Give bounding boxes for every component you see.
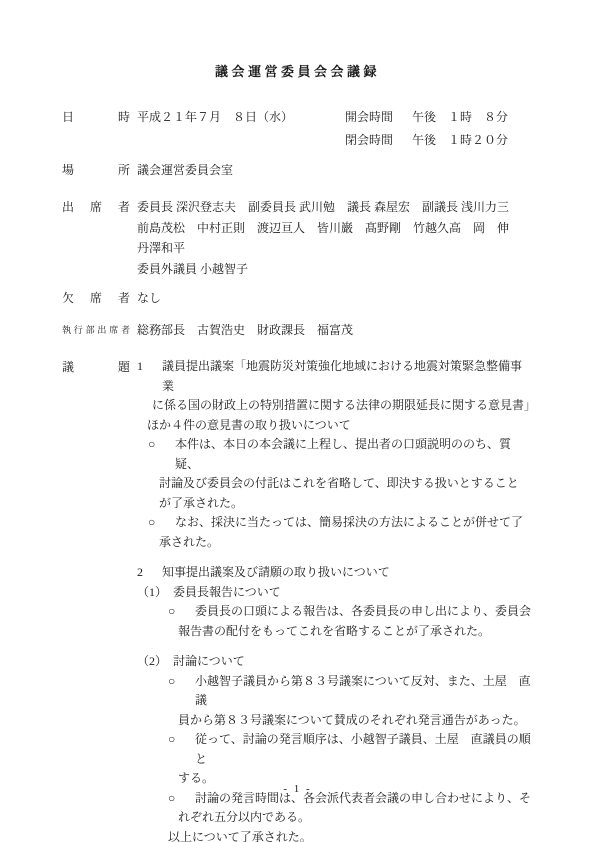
attendee-line: 委員外議員 小越智子	[137, 259, 533, 280]
session-times: 開会時間 午後 １時 ８分 閉会時間 午後 １時２０分	[345, 107, 508, 150]
meta-row-executive: 執行部出席者 総務部長 古賀浩史 財政課長 福富茂	[62, 320, 533, 340]
attendee-line: 委員長 深沢登志夫 副委員長 武川勉 議長 森屋宏 副議長 浅川力三	[137, 197, 533, 218]
close-time-row: 閉会時間 午後 １時２０分	[345, 130, 508, 150]
date-content: 平成２１年７月 ８日（水） 開会時間 午後 １時 ８分 閉会時間 午後 １時２０…	[137, 107, 533, 150]
attendees-lines: 委員長 深沢登志夫 副委員長 武川勉 議長 森屋宏 副議長 浅川力三 前島茂松 …	[137, 197, 533, 279]
agenda-line-text: 承された。	[159, 533, 219, 553]
open-time-row: 開会時間 午後 １時 ８分	[345, 107, 508, 127]
absent-value: なし	[137, 288, 533, 308]
agenda-line-text: 委員長の口頭による報告は、各委員長の申し出により、委員会	[195, 602, 531, 622]
agenda-line: ○ 本件は、本日の本会議に上程し、提出者の口頭説明ののち、質疑、	[137, 435, 533, 474]
meta-row-attendees: 出席者 委員長 深沢登志夫 副委員長 武川勉 議長 森屋宏 副議長 浅川力三 前…	[62, 197, 533, 279]
attendee-line: 丹澤和平	[137, 238, 533, 259]
agenda-line-text: に係る国の財政上の特別措置に関する法律の期限延長に関する意見書」	[152, 396, 533, 416]
close-time-label: 閉会時間	[345, 130, 393, 150]
executive-label: 執行部出席者	[62, 320, 130, 340]
agenda-line-text: （1） 委員長報告について	[137, 583, 281, 603]
agenda-line: 以上について了承された。	[137, 828, 533, 842]
agenda-line: 員から第８３号議案について賛成のそれぞれ発言通告があった。	[137, 711, 533, 731]
circle-bullet: ○	[168, 602, 195, 622]
agenda-line-text: 従って、討論の発言順序は、小越智子議員、土屋 直議員の順と	[195, 730, 533, 769]
agenda-line-text: 本件は、本日の本会議に上程し、提出者の口頭説明ののち、質疑、	[175, 435, 533, 474]
document-page: 議会運営委員会会議録 日時 平成２１年７月 ８日（水） 開会時間 午後 １時 ８…	[0, 0, 595, 842]
circle-bullet: ○	[148, 435, 175, 474]
close-time-value: 午後 １時２０分	[412, 130, 508, 150]
agenda-line-text: 知事提出議案及び請願の取り扱いについて	[162, 563, 390, 583]
agenda-line: が了承された。	[137, 494, 533, 514]
agenda-lines: 1 議員提出議案「地震防災対策強化地域における地震対策緊急整備事業 に係る国の財…	[137, 357, 533, 842]
agenda-line: ○ なお、採決に当たっては、簡易採決の方法によることが併せて了	[137, 513, 533, 533]
date-value: 平成２１年７月 ８日（水）	[137, 107, 345, 150]
agenda-line: （1） 委員長報告について	[137, 583, 533, 603]
agenda-line-text: 以上について了承された。	[168, 828, 312, 842]
agenda-line-text: 討論及び委員会の付託はこれを省略して、即決する扱いとすること	[159, 474, 519, 494]
agenda-line: ○ 小越智子議員から第８３号議案について反対、また、土屋 直議	[137, 672, 533, 711]
agenda-line: 承された。	[137, 533, 533, 553]
agenda-line-text: れぞれ五分以内である。	[178, 808, 310, 828]
executive-value: 総務部長 古賀浩史 財政課長 福富茂	[137, 320, 533, 340]
circle-bullet: ○	[148, 513, 175, 533]
page-title: 議会運営委員会会議録	[62, 64, 533, 80]
open-time-label: 開会時間	[345, 107, 393, 127]
absent-label: 欠席者	[62, 288, 130, 308]
agenda-line-text: 議員提出議案「地震防災対策強化地域における地震対策緊急整備事業	[162, 357, 533, 396]
agenda-line-text: ほか４件の意見書の取り扱いについて	[147, 416, 351, 436]
agenda-section: 議題 1 議員提出議案「地震防災対策強化地域における地震対策緊急整備事業 に係る…	[62, 357, 533, 842]
agenda-line: 1 議員提出議案「地震防災対策強化地域における地震対策緊急整備事業	[137, 357, 533, 396]
attendee-line: 前島茂松 中村正則 渡辺亘人 皆川巌 髙野剛 竹越久高 岡 伸	[137, 218, 533, 239]
agenda-line: ○ 委員長の口頭による報告は、各委員長の申し出により、委員会	[137, 602, 533, 622]
agenda-line-text: が了承された。	[159, 494, 243, 514]
open-time-value: 午後 １時 ８分	[412, 107, 508, 127]
agenda-line: 報告書の配付をもってこれを省略することが了承された。	[137, 622, 533, 642]
circle-bullet: ○	[168, 730, 195, 769]
attendees-label: 出席者	[62, 197, 130, 217]
agenda-label: 議題	[62, 357, 130, 377]
meta-row-place: 場所 議会運営委員会室	[62, 160, 533, 180]
agenda-line-text: なお、採決に当たっては、簡易採決の方法によることが併せて了	[175, 513, 523, 533]
agenda-line: （2） 討論について	[137, 652, 533, 672]
meta-row-datetime: 日時 平成２１年７月 ８日（水） 開会時間 午後 １時 ８分 閉会時間 午後 １…	[62, 107, 533, 150]
agenda-line-text: 員から第８３号議案について賛成のそれぞれ発言通告があった。	[178, 711, 526, 731]
meta-row-absent: 欠席者 なし	[62, 288, 533, 308]
page-number: - 1 -	[0, 783, 595, 795]
agenda-item-number: 1	[137, 357, 162, 396]
place-value: 議会運営委員会室	[137, 160, 533, 180]
agenda-line-text: 小越智子議員から第８３号議案について反対、また、土屋 直議	[195, 672, 533, 711]
agenda-line: ○ 従って、討論の発言順序は、小越智子議員、土屋 直議員の順と	[137, 730, 533, 769]
agenda-line: 討論及び委員会の付託はこれを省略して、即決する扱いとすること	[137, 474, 533, 494]
agenda-line: ほか４件の意見書の取り扱いについて	[137, 416, 533, 436]
agenda-line-text: （2） 討論について	[137, 652, 245, 672]
date-label: 日時	[62, 107, 130, 127]
agenda-line: 2 知事提出議案及び請願の取り扱いについて	[137, 563, 533, 583]
circle-bullet: ○	[168, 672, 195, 711]
agenda-line: に係る国の財政上の特別措置に関する法律の期限延長に関する意見書」	[137, 396, 533, 416]
agenda-line: れぞれ五分以内である。	[137, 808, 533, 828]
agenda-line-text: 報告書の配付をもってこれを省略することが了承された。	[178, 622, 490, 642]
place-label: 場所	[62, 160, 130, 180]
agenda-item-number: 2	[137, 563, 162, 583]
